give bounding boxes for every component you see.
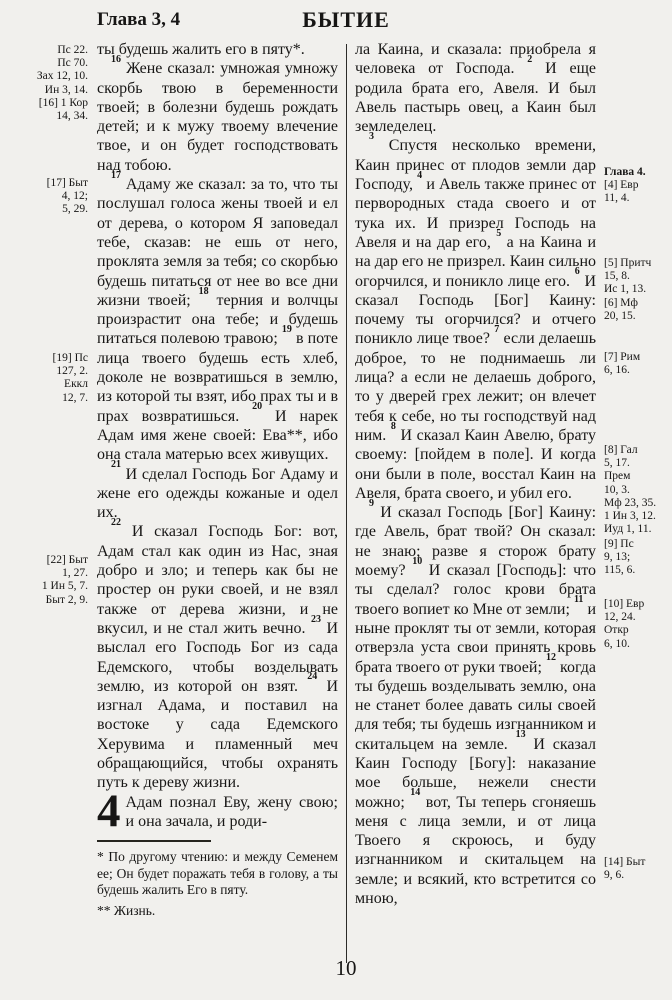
margin-reference-line: [22] Быт [0,554,88,567]
verse-number: 14 [410,787,420,798]
margin-reference-line: 4, 12; [0,190,88,203]
margin-reference-line: Пс 22. [0,44,88,57]
verse-number: 17 [111,170,121,181]
margin-reference-line: 9, 6. [604,869,672,882]
verse-number: 11 [574,594,583,605]
column-divider-rule [346,44,347,963]
verse-number: 21 [111,459,121,470]
verse-number: 19 [282,324,292,335]
margin-reference-line: 15, 8. [604,270,672,283]
scripture-paragraph: ты будешь жалить его в пяту*. [97,40,338,59]
verse-number: 4 [417,170,422,181]
margin-reference-line: [16] 1 Кор [0,97,88,110]
margin-reference-line: 115, 6. [604,564,672,577]
margin-reference-group: Глава 4.[4] Евр11, 4. [604,166,672,206]
margin-reference-group: [7] Рим6, 16. [604,351,672,377]
margin-reference-line: 12, 7. [0,392,88,405]
margin-reference-line: 12, 24. [604,611,672,624]
margin-reference-line: [5] Притч [604,257,672,270]
scripture-paragraph: 3 Спустя несколько времени, Каин принес … [355,136,596,503]
margin-reference-line: 5, 17. [604,457,672,470]
verse-number: 9 [369,498,374,509]
margin-reference-group: Пс 22.Пс 70.Зах 12, 10.Ин 3, 14.[16] 1 К… [0,44,88,123]
verse-number: 23 [311,614,321,625]
verse-number: 24 [307,671,317,682]
margin-reference-line: Ин 3, 14. [0,84,88,97]
margin-reference-group: [14] Быт9, 6. [604,856,672,882]
margin-reference-group: [9] Пс9, 13;115, 6. [604,538,672,578]
verse-number: 18 [199,286,209,297]
margin-reference-line: Прем [604,470,672,483]
margin-reference-line: 1, 27. [0,567,88,580]
footnote: * По другому чтению: и между Семенем ее;… [97,849,338,899]
verse-number: 6 [575,266,580,277]
scripture-column-left: ты будешь жалить его в пяту*. 16 Жене ск… [97,40,338,920]
page-number: 10 [97,956,595,981]
margin-reference-line: [8] Гал [604,444,672,457]
verse-number: 20 [252,401,262,412]
margin-reference-line: [7] Рим [604,351,672,364]
margin-reference-line: [17] Быт [0,177,88,190]
verse-number: 10 [412,556,422,567]
verse-number: 8 [391,421,396,432]
footnote-separator-rule [97,840,211,842]
margin-reference-line: [14] Быт [604,856,672,869]
scripture-paragraph: 16 Жене сказал: умножая умножу скорбь тв… [97,59,338,175]
scripture-column-right: ла Каина, и сказала: приобрела я человек… [355,40,596,908]
margin-reference-group: [8] Гал5, 17.Прем10, 3.Мф 23, 35.1 Ин 3,… [604,444,672,536]
margin-reference-group: [17] Быт4, 12;5, 29. [0,177,88,217]
verse-number: 5 [496,228,501,239]
margin-reference-line: 1 Ин 5, 7. [0,580,88,593]
footnote: ** Жизнь. [97,903,338,920]
margin-reference-line: Пс 70. [0,57,88,70]
scripture-paragraph: 22 И сказал Господь Бог: вот, Адам стал … [97,522,338,792]
margin-reference-line: 6, 16. [604,364,672,377]
scripture-paragraph: 4Адам познал Еву, жену свою; и она зачал… [97,793,338,832]
footnotes-block: * По другому чтению: и между Семенем ее;… [97,840,338,919]
verse-number: 7 [494,324,499,335]
scripture-paragraph: 17 Адаму же сказал: за то, что ты послуш… [97,175,338,464]
scripture-paragraph: ла Каина, и сказала: приобрела я человек… [355,40,596,136]
book-title: БЫТИЕ [97,7,595,33]
margin-reference-line: 11, 4. [604,192,672,205]
chapter-number-dropcap: 4 [97,793,126,829]
margin-reference-line: [4] Евр [604,179,672,192]
margin-reference-line: 1 Ин 3, 12. [604,510,672,523]
scripture-paragraph: 9 И сказал Господь [Бог] Каину: где Авел… [355,503,596,908]
verse-number: 13 [516,729,526,740]
margin-reference-line: 9, 13; [604,551,672,564]
margin-reference-line: 6, 10. [604,638,672,651]
margin-reference-line: Ис 1, 13. [604,283,672,296]
verse-number: 2 [527,54,532,65]
margin-reference-line: Иуд 1, 11. [604,523,672,536]
margin-reference-line: Быт 2, 9. [0,594,88,607]
margin-reference-line: 14, 34. [0,110,88,123]
margin-reference-line: [9] Пс [604,538,672,551]
margin-reference-line: [10] Евр [604,598,672,611]
margin-reference-line: Еккл [0,378,88,391]
margin-reference-line: 127, 2. [0,365,88,378]
margin-reference-line: Мф 23, 35. [604,497,672,510]
margin-reference-group: [5] Притч15, 8.Ис 1, 13.[6] Мф20, 15. [604,257,672,323]
margin-reference-line: 5, 29. [0,203,88,216]
margin-chapter-label: Глава 4. [604,166,672,179]
verse-number: 22 [111,517,121,528]
verse-number: 3 [369,131,374,142]
verse-number: 12 [546,652,556,663]
scripture-paragraph: 21 И сделал Господь Бог Адаму и жене его… [97,465,338,523]
margin-reference-line: [19] Пс [0,352,88,365]
verse-number: 16 [111,54,121,65]
bible-page: Глава 3, 4 БЫТИЕ Пс 22.Пс 70.Зах 12, 10.… [0,0,672,1000]
margin-reference-line: Откр [604,624,672,637]
margin-reference-line: 10, 3. [604,484,672,497]
margin-reference-group: [19] Пс127, 2.Еккл12, 7. [0,352,88,405]
margin-reference-line: 20, 15. [604,310,672,323]
margin-reference-line: Зах 12, 10. [0,70,88,83]
margin-reference-group: [10] Евр12, 24.Откр6, 10. [604,598,672,651]
margin-reference-group: [22] Быт1, 27.1 Ин 5, 7.Быт 2, 9. [0,554,88,607]
margin-reference-line: [6] Мф [604,297,672,310]
